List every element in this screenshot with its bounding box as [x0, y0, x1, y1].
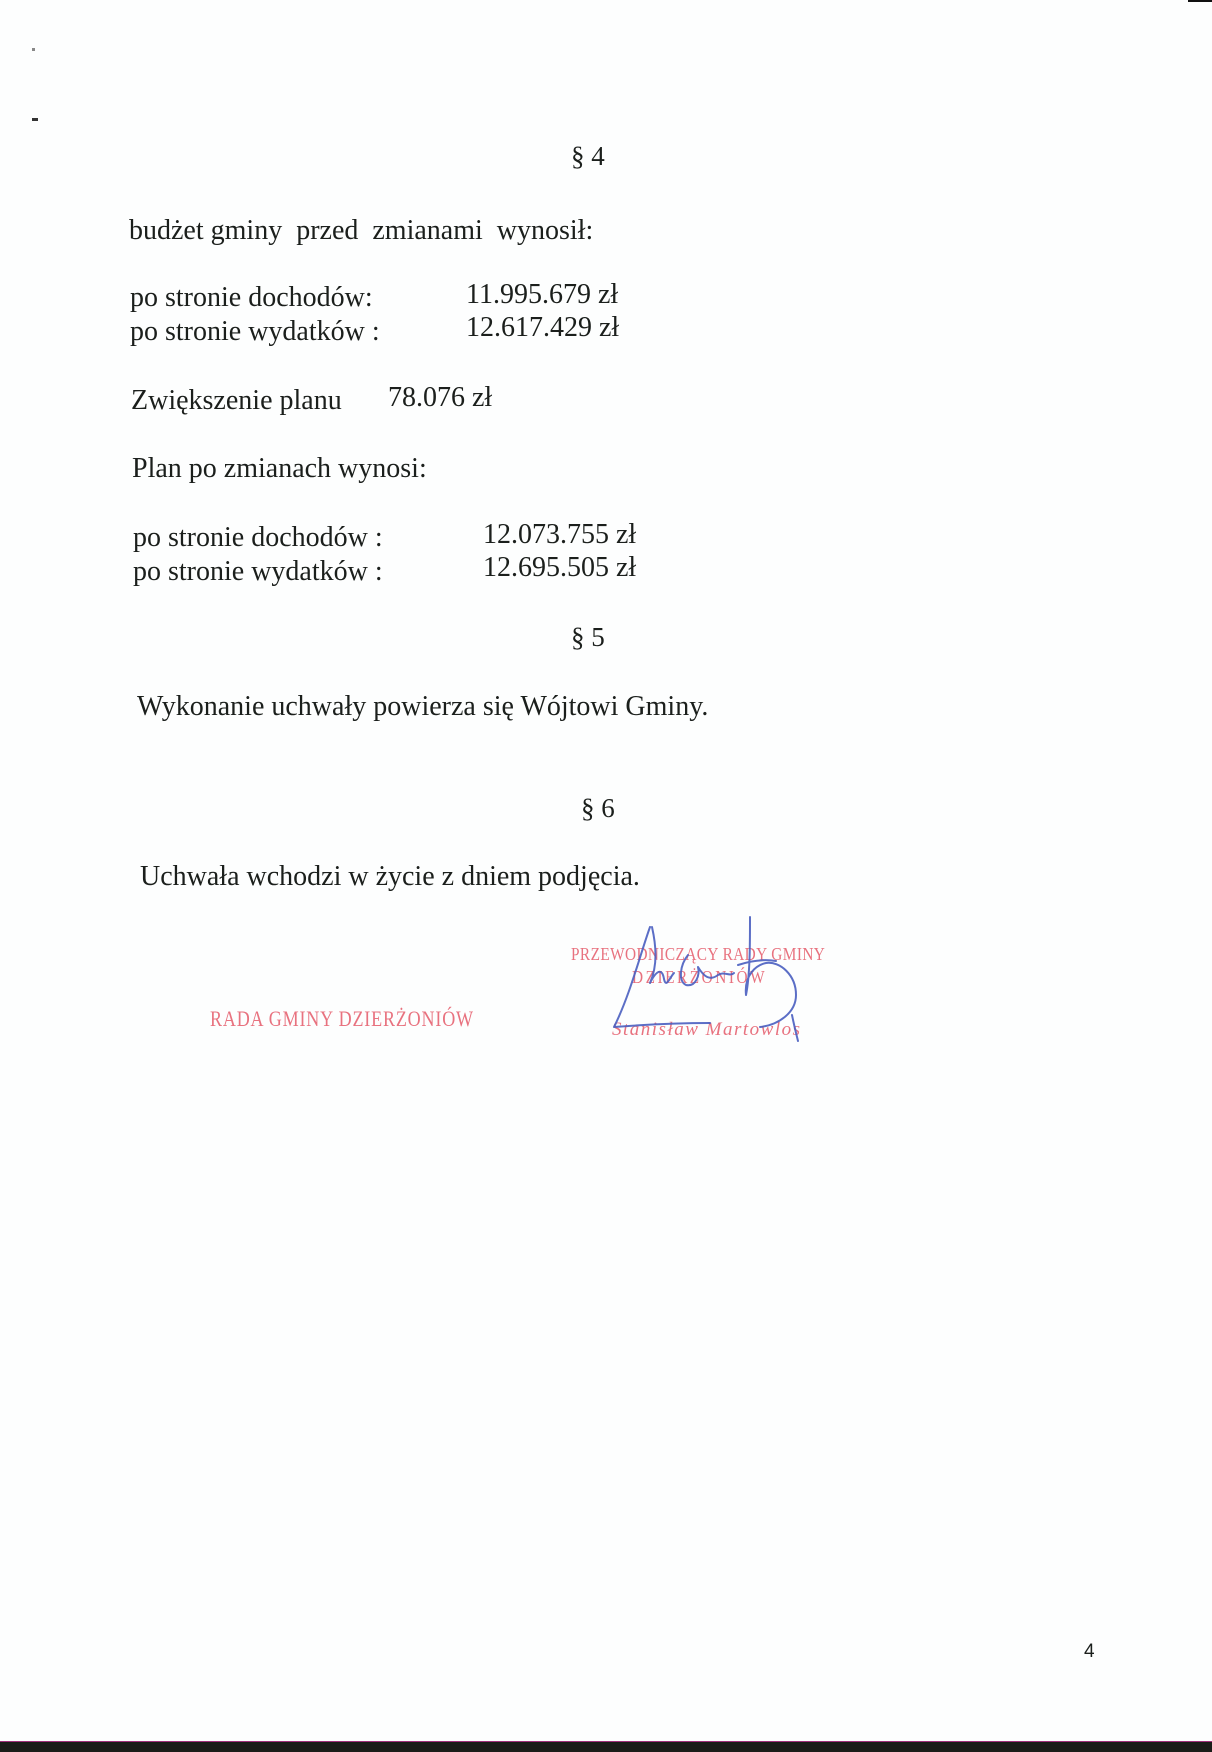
section-6-text: Uchwała wchodzi w życie z dniem podjęcia…: [140, 863, 640, 891]
income-before-label: po stronie dochodów:: [130, 284, 373, 312]
income-after-value: 12.073.755 zł: [483, 521, 636, 549]
signature-icon: [600, 915, 820, 1045]
increase-value: 78.076 zł: [388, 384, 492, 412]
section-4-heading: § 4: [571, 143, 605, 170]
section-6-heading: § 6: [581, 795, 615, 822]
increase-label: Zwiększenie planu: [131, 387, 342, 415]
section-5-text: Wykonanie uchwały powierza się Wójtowi G…: [137, 693, 708, 721]
expense-before-label: po stronie wydatków :: [130, 318, 380, 346]
section-5-heading: § 5: [571, 624, 605, 651]
income-after-label: po stronie dochodów :: [133, 524, 383, 552]
scan-edge-bottom: [0, 1741, 1212, 1752]
expense-after-value: 12.695.505 zł: [483, 554, 636, 582]
budget-after-intro: Plan po zmianach wynosi:: [132, 455, 427, 483]
scan-edge-top: [1188, 0, 1212, 2]
page-number: 4: [1084, 1641, 1095, 1663]
expense-before-value: 12.617.429 zł: [466, 314, 619, 342]
budget-before-intro: budżet gminy przed zmianami wynosił:: [129, 217, 593, 245]
expense-after-label: po stronie wydatków :: [133, 558, 383, 586]
council-stamp-text: RADA GMINY DZIERŻONIÓW: [210, 1006, 474, 1032]
income-before-value: 11.995.679 zł: [466, 281, 618, 309]
scan-speck: [32, 118, 38, 121]
scan-speck: [32, 48, 35, 51]
